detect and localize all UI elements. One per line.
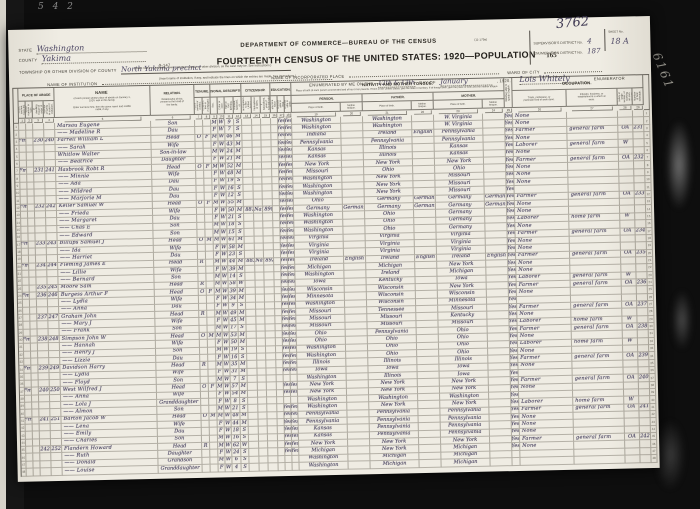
line-number: 16 — [646, 220, 652, 227]
cell: Washington — [300, 462, 349, 470]
cell — [211, 465, 219, 473]
col-age: Age at last birthday. — [225, 97, 234, 114]
column-number: 18 — [286, 113, 292, 117]
enumeration-district-value: 187 — [587, 47, 601, 55]
cell — [419, 460, 441, 468]
cell — [574, 456, 625, 464]
column-number: 22 — [414, 110, 432, 114]
col-employer: Employer, salary or wage worker, or work… — [617, 88, 632, 105]
cell: 4 — [233, 464, 242, 472]
column-number: 4 — [45, 119, 54, 123]
name-title: NAME — [96, 90, 109, 95]
col-mother-tongue: Mother tongue. — [483, 99, 505, 108]
col-dwelling: Number of dwelling house in order of vis… — [33, 101, 44, 118]
column-number: 8 — [204, 115, 210, 119]
enumeration-district-label: ENUMERATION DISTRICT No. — [534, 50, 583, 55]
column-number: 6 — [155, 116, 190, 121]
col-mother-pob: Place of birth. — [434, 100, 483, 110]
column-number: 21 — [368, 111, 407, 116]
col-nat-year: If naturalized, year of naturalization. — [261, 96, 271, 113]
sheet-value: 18 A — [610, 36, 629, 45]
column-number: 20 — [343, 112, 361, 116]
name-note: of each person whose place of abode on J… — [73, 96, 132, 103]
cell: Michigan — [441, 459, 490, 467]
column-number: 3 — [34, 119, 43, 123]
ref-number: (11-179a) — [474, 38, 487, 42]
margin-scribble: 5 4 2 — [38, 2, 76, 12]
cell — [250, 464, 260, 472]
column-number: 19 — [297, 112, 336, 117]
column-number: 28 — [619, 106, 631, 110]
district-box-divider — [604, 29, 605, 51]
line-number: 35 — [649, 360, 655, 367]
line-number: 42 — [650, 411, 656, 418]
column-number: 24 — [485, 109, 503, 113]
col-family: Number of family in order of visitation. — [44, 101, 55, 118]
form-number: 9-147 — [159, 62, 171, 67]
cell — [512, 458, 520, 466]
name-note2: Enter surname first, then the given name… — [73, 105, 132, 112]
column-number: 17 — [279, 113, 285, 117]
enumeration-district: ENUMERATION DISTRICT No. 187 — [533, 40, 600, 59]
cell — [520, 457, 574, 466]
col-father-tongue: Mother tongue. — [412, 101, 434, 110]
relation-title: RELATION. — [163, 91, 180, 95]
column-number: 11 — [226, 115, 233, 119]
cell — [41, 468, 52, 476]
sheet-label: SHEET No. — [608, 30, 623, 34]
line-number: 17 — [646, 227, 652, 234]
col-name: NAME of each person whose place of abode… — [54, 86, 151, 118]
col-group-education: EDUCATION. — [270, 83, 291, 96]
col-person-tongue: Mother tongue. — [341, 102, 363, 111]
relation-note: Relationship of this person to the head … — [159, 98, 186, 107]
district-box: SUPERVISOR'S DISTRICT No. 4 ENUMERATION … — [529, 28, 643, 64]
cell — [269, 463, 279, 471]
col-group-citizenship: CITIZENSHIP. — [241, 83, 270, 97]
line-number: 33 — [649, 345, 655, 352]
column-number: 1 — [20, 119, 26, 123]
line-number: 15 — [646, 213, 652, 220]
column-number: 29 — [634, 106, 643, 110]
line-number: 43 — [651, 418, 657, 425]
col-relation: RELATION. Relationship of this person to… — [150, 85, 195, 116]
col-group-personal: PERSONAL DESCRIPTION. — [210, 84, 241, 98]
scan-background: 5 4 2 6161 STATE Washington COUNTY Yakim… — [0, 0, 700, 509]
column-number: 14 — [253, 114, 260, 118]
col-father-pob: Place of birth. — [363, 101, 412, 111]
line-number: 24 — [648, 279, 654, 286]
line-number-margin-right — [643, 75, 650, 110]
line-number: 25 — [648, 286, 654, 293]
col-farm-number: Number of farm schedule. — [632, 88, 643, 105]
cell — [260, 464, 269, 472]
column-number: 16 — [272, 114, 278, 118]
column-number: 25 — [506, 109, 512, 113]
col-naturalized: Naturalized or alien. — [252, 97, 261, 114]
census-grid: PLACE OF ABODE NAME of each person whose… — [12, 74, 657, 476]
column-number: 7 — [196, 115, 202, 119]
line-number: 6 — [645, 147, 651, 154]
side-handwritten-number: 6161 — [650, 51, 677, 92]
column-number: 2 — [27, 119, 33, 123]
cell — [490, 458, 512, 466]
col-trade: Trade, profession, or particular kind of… — [512, 90, 566, 108]
cell — [625, 455, 640, 463]
line-number: 26 — [648, 294, 654, 301]
scan-blotch — [655, 420, 685, 490]
column-number: 10 — [219, 115, 225, 119]
census-page: STATE Washington COUNTY Yakima TOWNSHIP … — [8, 16, 660, 482]
column-number: 9 — [212, 115, 218, 119]
col-immigration: Year of immigration to the United States… — [242, 97, 252, 114]
scan-blotch — [666, 120, 692, 210]
line-number: 44 — [651, 426, 657, 433]
cell — [349, 461, 371, 469]
scan-blotch — [672, 290, 692, 350]
line-number: 7 — [645, 154, 651, 161]
cell — [203, 465, 211, 473]
col-group-abode: PLACE OF ABODE — [18, 88, 54, 102]
line-number: 48 — [651, 455, 657, 462]
cell: S — [242, 464, 250, 472]
column-number: 12 — [235, 114, 241, 118]
line-number: 8 — [645, 161, 651, 168]
line-number: 34 — [649, 352, 655, 359]
col-group-tenure: TENURE. — [194, 85, 210, 98]
col-industry: Industry, business, or establishment in … — [566, 89, 617, 107]
column-number: 23 — [439, 109, 478, 114]
cell — [640, 455, 651, 463]
col-person-pob: Place of birth. — [292, 103, 341, 113]
cell: Michigan — [370, 460, 419, 468]
cell — [52, 468, 63, 476]
column-number: 13 — [243, 114, 251, 118]
column-number: 15 — [262, 114, 270, 118]
cell: Granddaughter — [159, 465, 203, 473]
cell: —— Louise — [63, 466, 159, 475]
